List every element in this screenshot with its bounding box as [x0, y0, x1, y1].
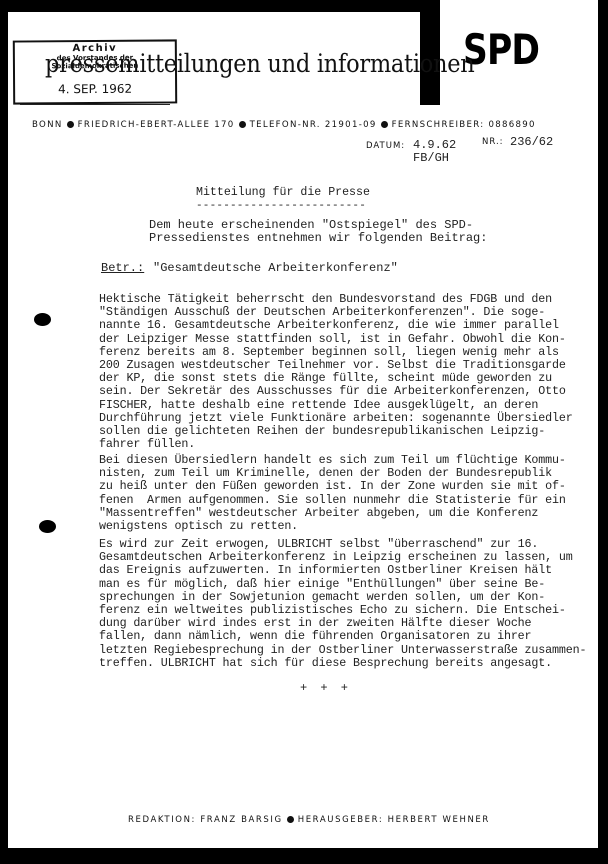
address-line: BONNFRIEDRICH-EBERT-ALLEE 170TELEFON-NR.… [32, 120, 592, 130]
footer-redaktion: REDAKTION: FRANZ BARSIG [128, 815, 283, 825]
footer-herausgeber: HERAUSGEBER: HERBERT WEHNER [298, 815, 490, 825]
header-rule [20, 104, 170, 105]
bullet-icon [67, 121, 74, 128]
nr-label: NR.: [482, 137, 504, 147]
nr-value: 236/62 [510, 135, 553, 149]
address-street: FRIEDRICH-EBERT-ALLEE 170 [78, 120, 235, 130]
bullet-icon [287, 816, 294, 823]
paragraph-3: Es wird zur Zeit erwogen, ULBRICHT selbs… [99, 538, 599, 670]
datum-label: DATUM: [366, 141, 405, 151]
bullet-icon [239, 121, 246, 128]
bullet-icon [381, 121, 388, 128]
document-title: Mitteilung für die Presse [196, 186, 370, 199]
footer-credits: REDAKTION: FRANZ BARSIGHERAUSGEBER: HERB… [128, 815, 490, 825]
address-city: BONN [32, 120, 63, 130]
subject-label: Betr.: [101, 261, 144, 275]
address-phone: TELEFON-NR. 21901-09 [250, 120, 377, 130]
stamp-owner: des Vorstandes der Sozialdemokratischen [15, 53, 175, 70]
archive-stamp: Archiv des Vorstandes der Sozialdemokrat… [13, 39, 177, 104]
subject-text: "Gesamtdeutsche Arbeiterkonferenz" [153, 261, 398, 275]
punch-hole [39, 520, 56, 533]
address-telex: FERNSCHREIBER: 0886890 [392, 120, 536, 130]
paragraph-2: Bei diesen Übersiedlern handelt es sich … [99, 454, 599, 533]
datum-value: 4.9.62 [413, 138, 456, 152]
intro-text: Dem heute erscheinenden "Ostspiegel" des… [149, 219, 487, 245]
end-mark: + + + [300, 681, 351, 695]
stamp-date: 4. SEP. 1962 [15, 81, 175, 96]
punch-hole [34, 313, 51, 326]
title-underline: ------------------------- [196, 200, 366, 212]
initials: FB/GH [413, 151, 449, 165]
paragraph-1: Hektische Tätigkeit beherrscht den Bunde… [99, 293, 599, 451]
